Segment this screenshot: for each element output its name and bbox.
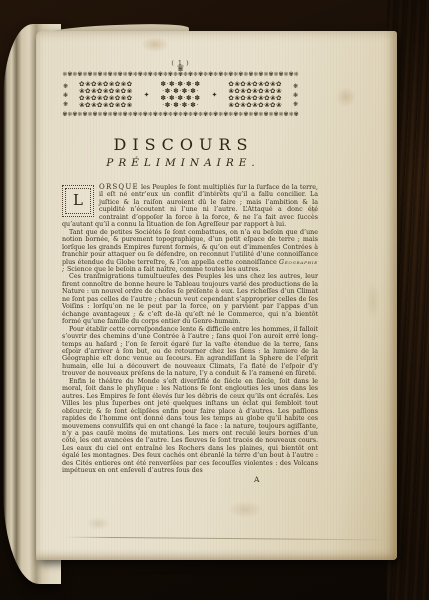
- paragraph: LORSQUE les Peuples ſe ſont multipliés ſ…: [62, 184, 318, 229]
- headpiece-medallion: ✽·✽·✽·✽·✽ ·✽·✽·✽·✽· ✽·✽·✽·✽·✽ ·✽·✽·✽·✽·: [160, 81, 200, 109]
- book-photo: ( 1 ) ♛ ❈✾❈✾❈✾❈✾❈✾❈✾❈✾❈✾❈✾❈✾❈✾❈✾❈✾❈✾❈✾❈✾…: [0, 0, 429, 600]
- signature-mark: A: [62, 476, 318, 483]
- crown-ornament-icon: ♛: [62, 65, 299, 74]
- page-subtitle: PRÉLIMINAIRE.: [62, 157, 299, 170]
- paper-stain: [336, 87, 356, 107]
- dropcap-ornament-frame: L: [62, 185, 94, 217]
- page-crease: [64, 537, 388, 541]
- body-text: LORSQUE les Peuples ſe ſont multipliés ſ…: [62, 184, 318, 483]
- headpiece-middle-row: ❋ ❃ ❋ ✿❀✿❀✿❀✿❀✿ ❀✿❀✿❀✿❀✿❀ ✿❀✿❀✿❀✿❀✿ ❀✿❀✿…: [62, 79, 299, 111]
- paragraph-text: les Peuples ſe ſont multipliés ſur la ſu…: [62, 184, 318, 228]
- paragraph: Pour établir cette correſpondance lente …: [62, 326, 318, 378]
- headpiece-ornament: ♛ ❈✾❈✾❈✾❈✾❈✾❈✾❈✾❈✾❈✾❈✾❈✾❈✾❈✾❈✾❈✾❈✾❈✾❈✾❈✾…: [62, 71, 299, 119]
- lead-word: ORSQUE: [99, 183, 139, 191]
- dropcap-inner-frame: L: [65, 188, 91, 214]
- paper-stain: [141, 37, 169, 52]
- headpiece-medallion: ✿❀✿❀✿❀✿❀✿ ❀✿❀✿❀✿❀✿❀ ✿❀✿❀✿❀✿❀✿ ❀✿❀✿❀✿❀✿❀: [228, 81, 282, 109]
- paragraph: Enfin le théâtre du Monde s’eſt diverſif…: [62, 378, 318, 475]
- medallion-row: ❀✿❀✿❀✿❀✿❀: [228, 102, 282, 109]
- page-content: ( 1 ) ♛ ❈✾❈✾❈✾❈✾❈✾❈✾❈✾❈✾❈✾❈✾❈✾❈✾❈✾❈✾❈✾❈✾…: [62, 59, 318, 483]
- headpiece-right-edge: ❋ ❃ ❋: [293, 82, 298, 109]
- paper-stain: [228, 501, 262, 518]
- headpiece-left-edge: ❋ ❃ ❋: [63, 82, 68, 109]
- paragraph: Ces tranſmigrations tumultueuſes des Peu…: [62, 273, 318, 325]
- page-head: ( 1 ) ♛ ❈✾❈✾❈✾❈✾❈✾❈✾❈✾❈✾❈✾❈✾❈✾❈✾❈✾❈✾❈✾❈✾…: [62, 59, 299, 170]
- diamond-separator-icon: ✦: [212, 91, 218, 99]
- medallion-row: ❀✿❀✿❀✿❀✿❀: [79, 102, 133, 109]
- book-page: ( 1 ) ♛ ❈✾❈✾❈✾❈✾❈✾❈✾❈✾❈✾❈✾❈✾❈✾❈✾❈✾❈✾❈✾❈✾…: [36, 31, 397, 560]
- paper-stain: [366, 281, 380, 321]
- paragraph-text: Science que le beſoin a fait naître, com…: [65, 266, 260, 273]
- paper-stain: [86, 517, 110, 530]
- diamond-separator-icon: ✦: [144, 91, 150, 99]
- page-title: DISCOURS: [62, 135, 299, 154]
- headpiece-medallion: ✿❀✿❀✿❀✿❀✿ ❀✿❀✿❀✿❀✿❀ ✿❀✿❀✿❀✿❀✿ ❀✿❀✿❀✿❀✿❀: [79, 81, 133, 109]
- medallion-row: ·✽·✽·✽·✽·: [160, 102, 200, 109]
- dropcap-letter: L: [73, 197, 83, 204]
- headpiece-bottom-border: ✾❈✾❈✾❈✾❈✾❈✾❈✾❈✾❈✾❈✾❈✾❈✾❈✾❈✾❈✾❈✾❈✾❈✾❈✾❈✾❈…: [62, 111, 299, 119]
- paragraph: Tant que de petites Sociétés ſe ſont com…: [62, 229, 318, 274]
